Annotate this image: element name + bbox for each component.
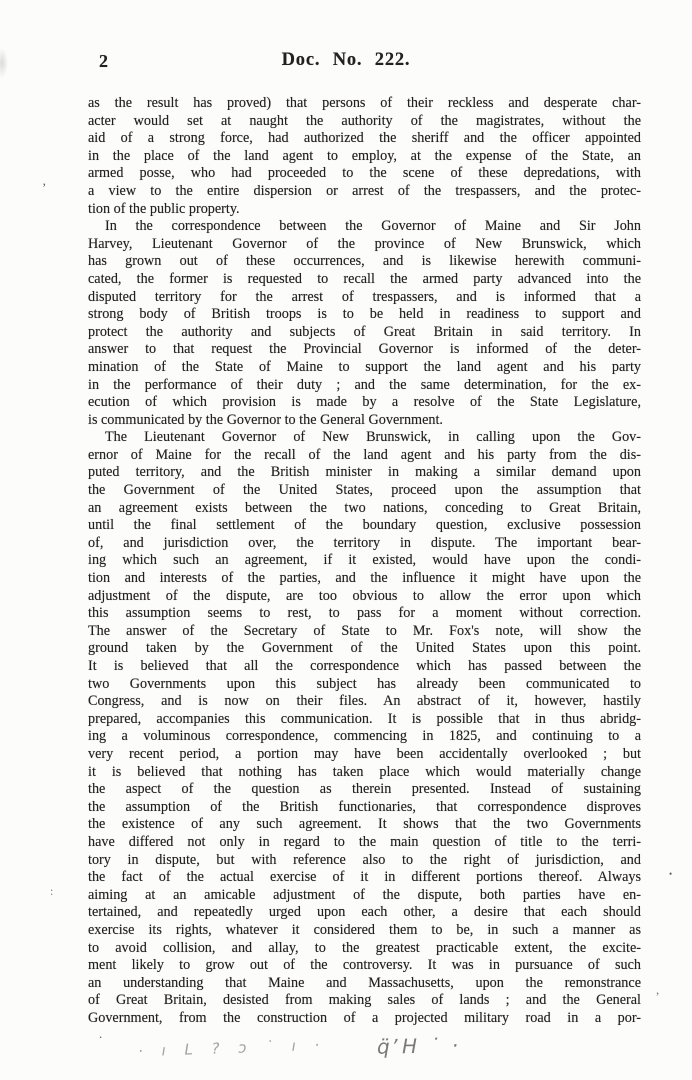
text-line: the aspect of the question as therein pr… bbox=[88, 781, 641, 799]
text-line: protect the authority and subjects of Gr… bbox=[88, 324, 641, 342]
text-line: tory in dispute, but with reference also… bbox=[88, 852, 641, 870]
text-line: very recent period, a portion may have b… bbox=[88, 746, 641, 764]
text-line: the assumption of the British functionar… bbox=[88, 799, 641, 817]
text-line: Harvey, Lieutenant Governor of the provi… bbox=[88, 236, 641, 254]
text-line: it is believed that nothing has taken pl… bbox=[88, 764, 641, 782]
handwritten-marks: · ı L ? ɔ ˙ ı · q̈ʼH ˙ · bbox=[138, 1034, 538, 1058]
text-line: Congress, and is now on their files. An … bbox=[88, 693, 641, 711]
text-line: aiming at an amicable adjustment of the … bbox=[88, 887, 641, 905]
text-line: mination of the State of Maine to suppor… bbox=[88, 359, 641, 377]
margin-mark-apostrophe: ʼ bbox=[42, 180, 46, 196]
text-line: the fact of the actual exercise of it in… bbox=[88, 869, 641, 887]
text-line: ground taken by the Government of the Un… bbox=[88, 640, 641, 658]
text-line: puted territory, and the British ministe… bbox=[88, 464, 641, 482]
text-line: to avoid collision, and allay, to the gr… bbox=[88, 940, 641, 958]
margin-mark-period: . bbox=[99, 1026, 102, 1042]
text-line: answer to that request the Provincial Go… bbox=[88, 341, 641, 359]
paragraph: The Lieutenant Governor of New Brunswick… bbox=[88, 429, 641, 1027]
text-line: an agreement exists between the two nati… bbox=[88, 500, 641, 518]
text-line: tertained, and repeatedly urged upon eac… bbox=[88, 904, 641, 922]
paragraph: as the result has proved) that persons o… bbox=[88, 95, 641, 218]
text-line: It is believed that all the corresponden… bbox=[88, 658, 641, 676]
text-line: tion and interests of the parties, and t… bbox=[88, 570, 641, 588]
text-line: exercise its rights, whatever it conside… bbox=[88, 922, 641, 940]
text-line: strong body of British troops is to be h… bbox=[88, 306, 641, 324]
text-line: disputed territory for the arrest of tre… bbox=[88, 289, 641, 307]
text-line: ing which such an agreement, if it exist… bbox=[88, 552, 641, 570]
text-line: The Lieutenant Governor of New Brunswick… bbox=[88, 429, 641, 447]
margin-mark-colon: : bbox=[50, 884, 53, 899]
text-line: prepared, accompanies this communication… bbox=[88, 711, 641, 729]
text-line: acter would set at naught the authority … bbox=[88, 113, 641, 131]
page-header: Doc. No. 222. 2 bbox=[0, 50, 692, 76]
text-line: of Great Britain, desisted from making s… bbox=[88, 992, 641, 1010]
text-line: this assumption seems to rest, to pass f… bbox=[88, 605, 641, 623]
margin-mark-comma: , bbox=[656, 982, 659, 998]
margin-mark-dot: • bbox=[669, 869, 672, 879]
page-body: as the result has proved) that persons o… bbox=[88, 95, 641, 1027]
scanned-document-page: Doc. No. 222. 2 as the result has proved… bbox=[0, 0, 692, 1080]
handwritten-mark-right: q̈ʼH ˙ · bbox=[377, 1033, 462, 1058]
text-line: ecution of which provision is made by a … bbox=[88, 394, 641, 412]
page-number: 2 bbox=[99, 51, 109, 72]
text-line: a view to the entire dispersion or arres… bbox=[88, 183, 641, 201]
text-line: The answer of the Secretary of State to … bbox=[88, 623, 641, 641]
text-line: is communicated by the Governor to the G… bbox=[88, 412, 641, 430]
text-line: tion of the public property. bbox=[88, 201, 641, 219]
text-line: have differed not only in regard to the … bbox=[88, 834, 641, 852]
text-line: the Government of the United States, pro… bbox=[88, 482, 641, 500]
text-line: two Governments upon this subject has al… bbox=[88, 676, 641, 694]
text-line: as the result has proved) that persons o… bbox=[88, 95, 641, 113]
text-line: the existence of any such agreement. It … bbox=[88, 816, 641, 834]
handwritten-mark-left: · ı L ? ɔ ˙ ı · bbox=[138, 1036, 327, 1061]
text-line: in the place of the land agent to employ… bbox=[88, 148, 641, 166]
text-line: ernor of Maine for the recall of the lan… bbox=[88, 447, 641, 465]
text-line: ment likely to grow out of the controver… bbox=[88, 957, 641, 975]
text-line: in the performance of their duty ; and t… bbox=[88, 377, 641, 395]
text-line: armed posse, who had proceeded to the sc… bbox=[88, 165, 641, 183]
text-line: adjustment of the dispute, are too obvio… bbox=[88, 588, 641, 606]
paragraph: In the correspondence between the Govern… bbox=[88, 218, 641, 429]
text-line: an understanding that Maine and Massachu… bbox=[88, 975, 641, 993]
text-line: of, and jurisdiction over, the territory… bbox=[88, 535, 641, 553]
text-line: until the final settlement of the bounda… bbox=[88, 517, 641, 535]
text-line: ing a voluminous correspondence, commenc… bbox=[88, 728, 641, 746]
text-line: has grown out of these occurrences, and … bbox=[88, 253, 641, 271]
text-line: In the correspondence between the Govern… bbox=[88, 218, 641, 236]
text-line: aid of a strong force, had authorized th… bbox=[88, 130, 641, 148]
text-line: cated, the former is requested to recall… bbox=[88, 271, 641, 289]
text-line: Government, from the construction of a p… bbox=[88, 1010, 641, 1028]
